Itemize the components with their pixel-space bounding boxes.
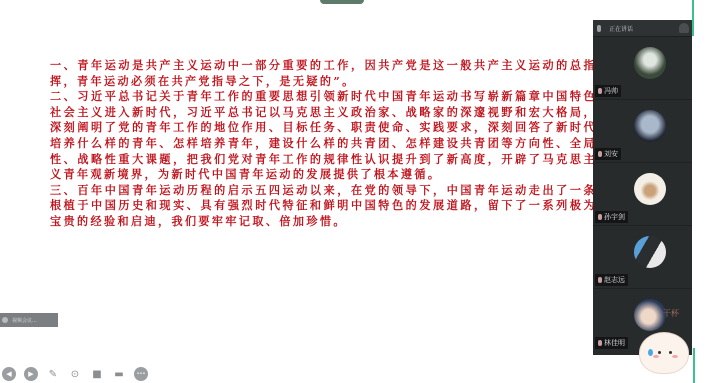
mascot-blush [653,355,659,358]
next-icon[interactable]: ▶ [24,367,38,381]
participant-panel: 正在讲话 冯帅 刘安 孙宇剑 赵志远 林佳明 [593,20,692,355]
participant-name: 林佳明 [604,338,625,348]
microphone-icon [598,88,602,94]
window-edge-accent [692,0,694,36]
cartoon-avatar-icon [634,173,666,205]
participant-name-tag: 林佳明 [595,337,628,349]
camera-icon[interactable]: ■ [90,367,104,381]
participant-name-tag: 冯帅 [595,85,621,97]
participant-name: 冯帅 [604,86,618,96]
previous-icon[interactable]: ◀ [2,367,16,381]
presentation-toolbar: ◀ ▶ ✎ ⊙ ■ ▬ ••• [2,367,148,381]
microphone-icon [598,340,602,346]
mascot-eye [658,351,661,354]
paragraph-2: 二、习近平总书记关于青年工作的重要思想引领新时代中国青年运动书写崭新篇章中国特色… [50,89,597,183]
screen-share-indicator[interactable] [320,0,364,4]
participant-name-tag: 孙宇剑 [595,211,628,223]
more-icon[interactable]: ••• [134,367,148,381]
paragraph-3: 三、百年中国青年运动历程的启示五四运动以来，在党的领导下，中国青年运动走出了一条… [50,183,597,230]
decorative-overlay-text: 干杯 [663,308,679,319]
participant-name: 孙宇剑 [604,212,625,222]
subtitle-icon[interactable]: ▬ [112,367,126,381]
mascot-blush [672,355,678,358]
mascot-eye [669,351,672,354]
app-icon [2,317,8,323]
participant-tile[interactable]: 赵志远 [593,226,692,289]
panel-title: 正在讲话 [609,24,679,33]
photo-avatar-icon [634,47,666,79]
document-content: 一、青年运动是共产主义运动中一部分重要的工作，因共产党是这一般共产主义运动的总指… [50,58,597,230]
selfie-avatar-icon [634,236,666,268]
participant-tile[interactable]: 冯帅 [593,37,692,100]
microphone-icon [598,214,602,220]
window-edge-accent [693,348,695,383]
microphone-icon [598,151,602,157]
raise-hand-icon[interactable] [679,23,689,33]
participant-tile[interactable]: 孙宇剑 [593,163,692,226]
panel-header: 正在讲话 [593,20,692,37]
microphone-icon [597,25,601,32]
participant-name: 刘安 [604,149,618,159]
participant-name-tag: 刘安 [595,148,621,160]
participant-name: 赵志远 [604,275,625,285]
illustration-avatar-icon [634,299,666,331]
pen-icon[interactable]: ✎ [46,367,60,381]
participant-name-tag: 赵志远 [595,274,628,286]
screenshot-icon[interactable]: ⊙ [68,367,82,381]
participant-tile[interactable]: 刘安 [593,100,692,163]
minimized-window-label: 视频会议... [12,317,37,324]
paragraph-1: 一、青年运动是共产主义运动中一部分重要的工作，因共产党是这一般共产主义运动的总指… [50,58,597,89]
microphone-icon [598,277,602,283]
minimized-window-tab[interactable]: 视频会议... [0,313,58,327]
anime-avatar-icon [634,110,666,142]
steamed-bun-mascot-icon[interactable] [640,333,688,373]
